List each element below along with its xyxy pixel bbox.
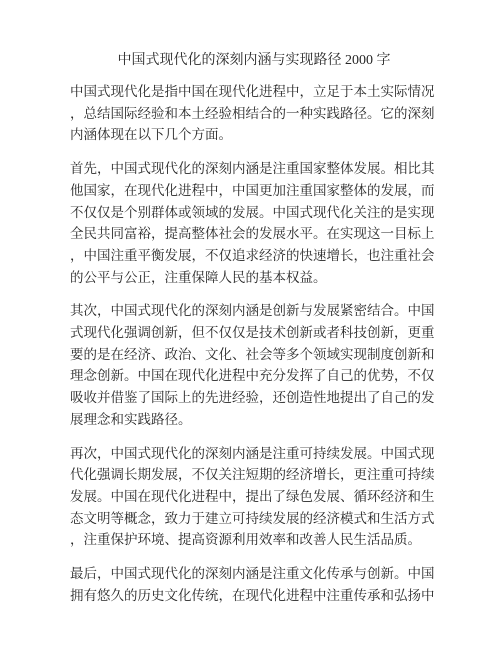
paragraph-third-point: 再次，中国式现代化的深刻内涵是注重可持续发展。中国式现 代化强调长期发展，不仅关… xyxy=(70,443,438,552)
paragraph-intro: 中国式现代化是指中国在现代化进程中，立足于本土实际情况 ，总结国际经验和本土经验… xyxy=(70,81,438,146)
paragraph-first-point: 首先，中国式现代化的深刻内涵是注重国家整体发展。相比其 他国家，在现代化进程中，… xyxy=(70,158,438,288)
document-title: 中国式现代化的深刻内涵与实现路径 2000 字 xyxy=(70,50,438,72)
document-page: 中国式现代化的深刻内涵与实现路径 2000 字 中国式现代化是指中国在现代化进程… xyxy=(0,0,500,647)
paragraph-last-point: 最后，中国式现代化的深刻内涵是注重文化传承与创新。中国 拥有悠久的历史文化传统，… xyxy=(70,563,438,606)
paragraph-second-point: 其次，中国式现代化的深刻内涵是创新与发展紧密结合。中国 式现代化强调创新，但不仅… xyxy=(70,300,438,430)
